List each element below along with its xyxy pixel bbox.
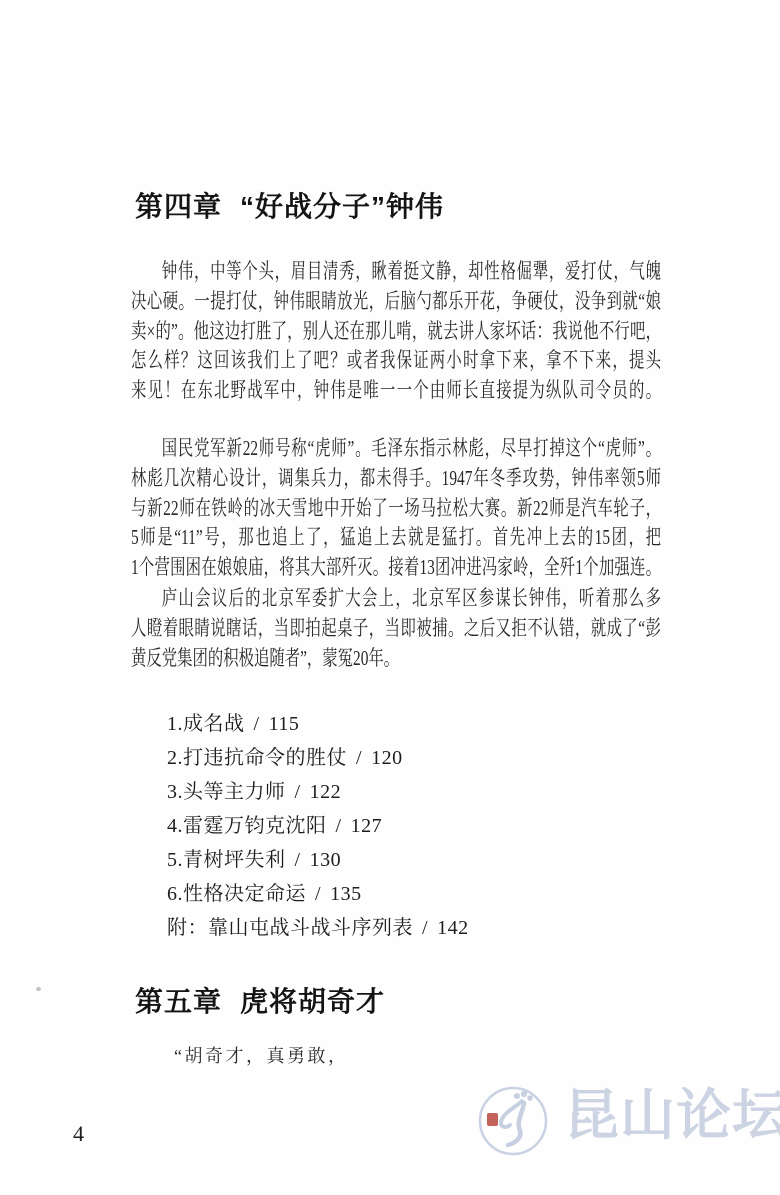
- toc-item-label: 附：靠山屯战斗战斗序列表: [167, 917, 413, 939]
- toc-separator: /: [254, 713, 260, 735]
- chapter4-heading: 第四章“好战分子”钟伟: [135, 185, 444, 225]
- toc-separator: /: [295, 781, 301, 803]
- toc-item: 4.雷霆万钧克沈阳/127: [167, 809, 469, 843]
- text-line: 决心硬。一提打仗，钟伟眼睛放光，后脑勺都乐开花，争硬仗，没争到就“娘: [131, 287, 661, 317]
- toc-item-page: 130: [310, 849, 342, 871]
- watermark-text: 昆山论坛: [564, 1087, 780, 1145]
- text-line: 庐山会议后的北京军委扩大会上，北京军区参谋长钟伟，听着那么多: [131, 584, 661, 614]
- toc-item-label: 5.青树坪失利: [167, 849, 286, 871]
- text-line: 黄反党集团的积极追随者”，蒙冤20年。: [131, 644, 661, 674]
- page-number: 4: [73, 1121, 84, 1147]
- chapter5-number-label: 第五章: [135, 986, 222, 1017]
- toc-separator: /: [336, 815, 342, 837]
- toc-item: 附：靠山屯战斗战斗序列表/142: [167, 911, 469, 945]
- chapter4-title-label: “好战分子”钟伟: [240, 191, 444, 222]
- chapter5-title-label: 虎将胡奇才: [240, 986, 385, 1017]
- toc-item: 6.性格决定命运/135: [167, 877, 469, 911]
- toc-item-page: 120: [371, 747, 403, 769]
- toc-item-label: 4.雷霆万钧克沈阳: [167, 815, 327, 837]
- text-line: 来见！在东北野战军中，钟伟是唯一一个由师长直接提为纵队司令员的。: [131, 376, 661, 406]
- toc-item: 5.青树坪失利/130: [167, 843, 469, 877]
- chapter4-number-label: 第四章: [135, 191, 222, 222]
- text-line: 卖×的”。他这边打胜了，别人还在那儿啃，就去讲人家坏话：我说他不行吧，: [131, 317, 661, 347]
- text-line: 5师是“11”号，那也追上了，猛追上去就是猛打。首先冲上去的15团，把: [131, 523, 661, 553]
- scan-speck-mark: [36, 987, 41, 991]
- toc-item-label: 3.头等主力师: [167, 781, 286, 803]
- kunshan-forum-logo-icon: [476, 1083, 550, 1159]
- paragraph-1: 钟伟，中等个头，眉目清秀，瞅着挺文静，却性格倔犟，爱打仗，气魄大， 决心硬。一提…: [131, 257, 780, 406]
- paragraph-2: 国民党军新22师号称“虎师”。毛泽东指示林彪，尽早打掉这个“虎师”。 林彪几次精…: [131, 434, 780, 583]
- text-line: 林彪几次精心设计，调集兵力，都未得手。1947年冬季攻势，钟伟率领5师: [131, 464, 661, 494]
- text-line: 国民党军新22师号称“虎师”。毛泽东指示林彪，尽早打掉这个“虎师”。: [131, 434, 661, 464]
- text-line: 1个营围困在娘娘庙，将其大部歼灭。接着13团冲进冯家岭，全歼1个加强连。: [131, 553, 661, 583]
- chapter5-heading: 第五章虎将胡奇才: [135, 980, 385, 1020]
- watermark: 昆山论坛: [476, 1083, 780, 1159]
- toc-item-page: 127: [351, 815, 383, 837]
- toc-item: 3.头等主力师/122: [167, 775, 469, 809]
- text-line: 怎么样？这回该我们上了吧？或者我保证两小时拿下来，拿不下来，提头: [131, 346, 661, 376]
- toc-separator: /: [315, 883, 321, 905]
- toc-item-page: 115: [269, 713, 300, 735]
- toc-item-label: 2.打违抗命令的胜仗: [167, 747, 347, 769]
- text-line: 钟伟，中等个头，眉目清秀，瞅着挺文静，却性格倔犟，爱打仗，气魄大，: [131, 257, 661, 287]
- toc-item-label: 1.成名战: [167, 713, 245, 735]
- toc-item-page: 135: [330, 883, 362, 905]
- text-line: 与新22师在铁岭的冰天雪地中开始了一场马拉松大赛。新22师是汽车轮子，: [131, 494, 661, 524]
- section-list: 1.成名战/115 2.打违抗命令的胜仗/120 3.头等主力师/122 4.雷…: [167, 707, 469, 945]
- toc-item: 1.成名战/115: [167, 707, 469, 741]
- scanned-book-page: 第四章“好战分子”钟伟 钟伟，中等个头，眉目清秀，瞅着挺文静，却性格倔犟，爱打仗…: [0, 0, 780, 1195]
- quote-line: “胡奇才，真勇敢，: [174, 1042, 349, 1068]
- toc-item-page: 122: [310, 781, 342, 803]
- text-line: 人瞪着眼睛说瞎话，当即拍起桌子，当即被捕。之后又拒不认错，就成了“彭: [131, 614, 661, 644]
- toc-item-page: 142: [437, 917, 469, 939]
- toc-separator: /: [422, 917, 428, 939]
- toc-separator: /: [356, 747, 362, 769]
- paragraph-3: 庐山会议后的北京军委扩大会上，北京军区参谋长钟伟，听着那么多 人瞪着眼睛说瞎话，…: [131, 584, 780, 673]
- toc-item-label: 6.性格决定命运: [167, 883, 306, 905]
- toc-item: 2.打违抗命令的胜仗/120: [167, 741, 469, 775]
- toc-separator: /: [295, 849, 301, 871]
